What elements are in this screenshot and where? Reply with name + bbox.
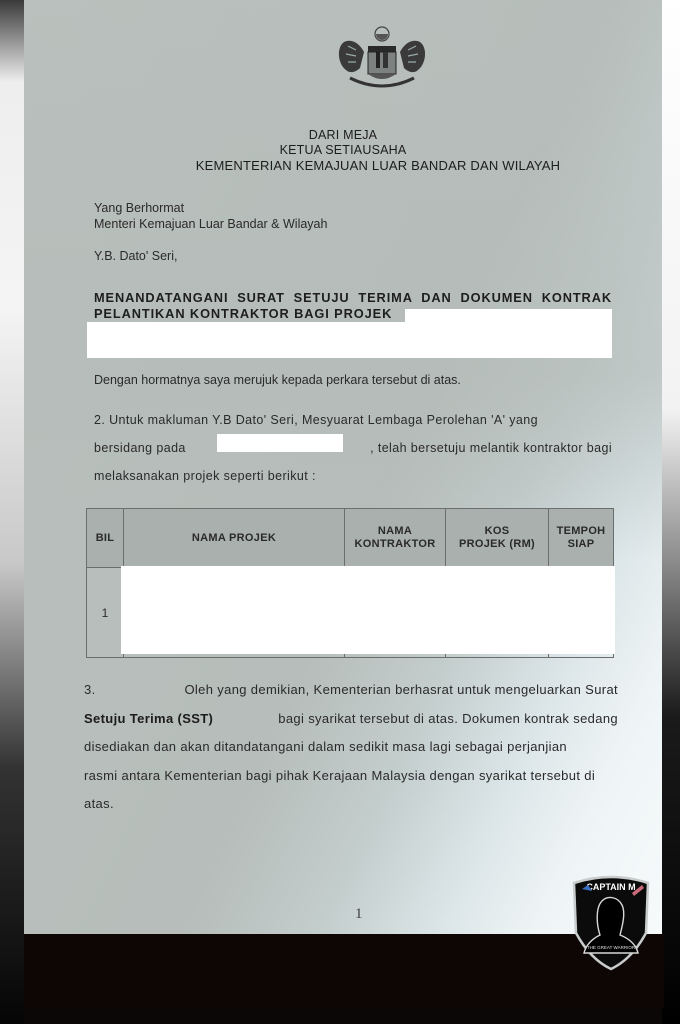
header-kos-projek: KOSPROJEK (RM) [446,509,549,568]
redaction-subject-block [87,322,612,358]
header-nama-kontraktor: NAMAKONTRAKTOR [345,509,446,568]
para2-line1: 2. Untuk makluman Y.B Dato' Seri, Mesyua… [94,406,538,434]
para3-line3: disediakan dan akan ditandatangani dalam… [84,733,567,762]
addressee: Yang Berhormat Menteri Kemajuan Luar Ban… [94,200,327,232]
malaysia-coat-of-arms-icon [330,24,434,94]
header-tempoh-siap: TEMPOHSIAP [549,509,614,568]
greeting: Y.B. Dato' Seri, [94,249,177,263]
redaction-table-row [121,566,615,654]
photo-edge-left [0,0,24,1024]
photo-background [24,934,664,1008]
header-nama-projek: NAMA PROJEK [124,509,345,568]
addressee-title: Menteri Kemajuan Luar Bandar & Wilayah [94,216,327,232]
para3-line4: rasmi antara Kementerian bagi pihak Kera… [84,762,595,791]
letter-page: DARI MEJA KETUA SETIAUSAHA KEMENTERIAN K… [24,0,662,934]
para3-line2: bagi syarikat tersebut di atas. Dokumen … [278,705,618,734]
para3-line5: atas. [84,790,114,819]
para2-line2-start: bersidang pada [94,434,186,462]
letterhead: DARI MEJA KETUA SETIAUSAHA KEMENTERIAN K… [24,128,662,173]
letterhead-ministry: KEMENTERIAN KEMAJUAN LUAR BANDAR DAN WIL… [94,158,662,173]
para3-num: 3. [84,676,96,705]
paragraph-2: 2. Untuk makluman Y.B Dato' Seri, Mesyua… [94,406,612,490]
para3-sst: Setuju Terima (SST) [84,705,213,734]
row-bil: 1 [87,568,124,658]
table-header-row: BIL NAMA PROJEK NAMAKONTRAKTOR KOSPROJEK… [87,509,614,568]
para3-line1: Oleh yang demikian, Kementerian berhasra… [184,676,618,705]
page-number: 1 [355,906,363,923]
para2-line2-end: , telah bersetuju melantik kontraktor ba… [370,434,612,462]
subject-line1: MENANDATANGANI SURAT SETUJU TERIMA DAN D… [94,290,612,306]
watermark-subtitle: THE GREAT WARRIOR [587,945,636,950]
shield-silhouette-icon: CAPTAIN M THE GREAT WARRIOR [570,873,652,971]
paragraph-3: 3. Oleh yang demikian, Kementerian berha… [84,676,618,819]
watermark-title: CAPTAIN M [586,882,635,892]
photo-edge-right [662,0,680,1024]
redaction-date [217,434,343,452]
header-bil: BIL [87,509,124,568]
para2-line3: melaksanakan projek seperti berikut : [94,462,316,490]
letterhead-line2: KETUA SETIAUSAHA [24,143,662,158]
intro-paragraph: Dengan hormatnya saya merujuk kepada per… [94,373,461,387]
letterhead-line1: DARI MEJA [24,128,662,143]
salutation: Yang Berhormat [94,200,327,216]
